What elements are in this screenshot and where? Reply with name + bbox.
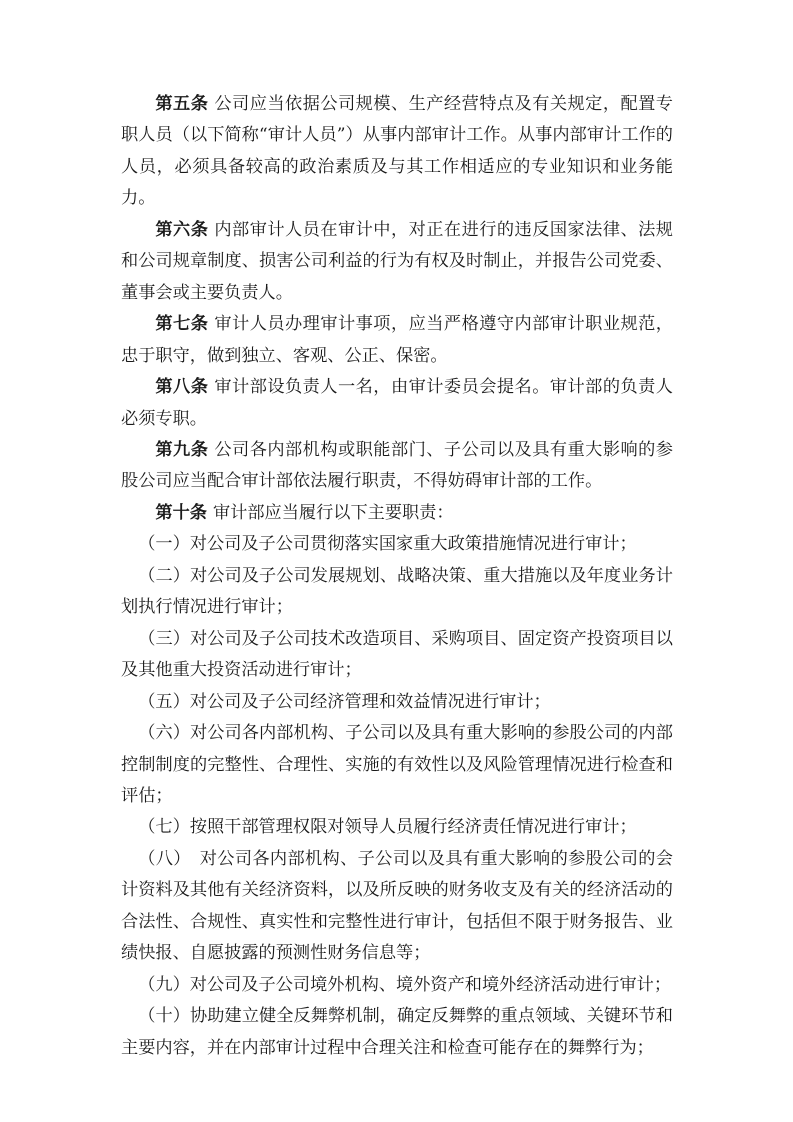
article-6: 第六条内部审计人员在审计中，对正在进行的违反国家法律、法规和公司规章制度、损害公… (121, 215, 673, 309)
article-5: 第五条公司应当依据公司规模、生产经营特点及有关规定，配置专职人员（以下简称“审计… (121, 89, 673, 215)
article-number: 第七条 (155, 314, 208, 334)
article-8: 第八条审计部设负责人一名，由审计委员会提名。审计部的负责人必须专职。 (121, 372, 673, 435)
duty-item: （九）对公司及子公司境外机构、境外资产和境外经济活动进行审计； (121, 970, 673, 1001)
duty-item: （六）对公司各内部机构、子公司以及具有重大影响的参股公司的内部控制制度的完整性、… (121, 718, 673, 812)
article-number: 第五条 (155, 94, 208, 114)
article-number: 第十条 (155, 503, 207, 523)
duty-item: （二）对公司及子公司发展规划、战略决策、重大措施以及年度业务计划执行情况进行审计… (121, 561, 673, 624)
article-7: 第七条审计人员办理审计事项，应当严格遵守内部审计职业规范，忠于职守，做到独立、客… (121, 309, 673, 372)
document-page: 第五条公司应当依据公司规模、生产经营特点及有关规定，配置专职人员（以下简称“审计… (121, 89, 673, 1064)
article-number: 第八条 (155, 377, 208, 397)
article-number: 第九条 (155, 440, 208, 460)
duty-item: （一）对公司及子公司贯彻落实国家重大政策措施情况进行审计； (121, 529, 673, 560)
duty-item: （八） 对公司各内部机构、子公司以及具有重大影响的参股公司的会计资料及其他有关经… (121, 844, 673, 970)
duty-item: （十）协助建立健全反舞弊机制，确定反舞弊的重点领域、关键环节和主要内容，并在内部… (121, 1001, 673, 1064)
duty-item: （三）对公司及子公司技术改造项目、采购项目、固定资产投资项目以及其他重大投资活动… (121, 624, 673, 687)
article-9: 第九条公司各内部机构或职能部门、子公司以及具有重大影响的参股公司应当配合审计部依… (121, 435, 673, 498)
duty-item: （七）按照干部管理权限对领导人员履行经济责任情况进行审计； (121, 812, 673, 843)
article-text: 审计部应当履行以下主要职责： (213, 503, 454, 523)
article-10: 第十条审计部应当履行以下主要职责： (121, 498, 673, 529)
article-number: 第六条 (155, 220, 208, 240)
duty-item: （五）对公司及子公司经济管理和效益情况进行审计； (121, 687, 673, 718)
